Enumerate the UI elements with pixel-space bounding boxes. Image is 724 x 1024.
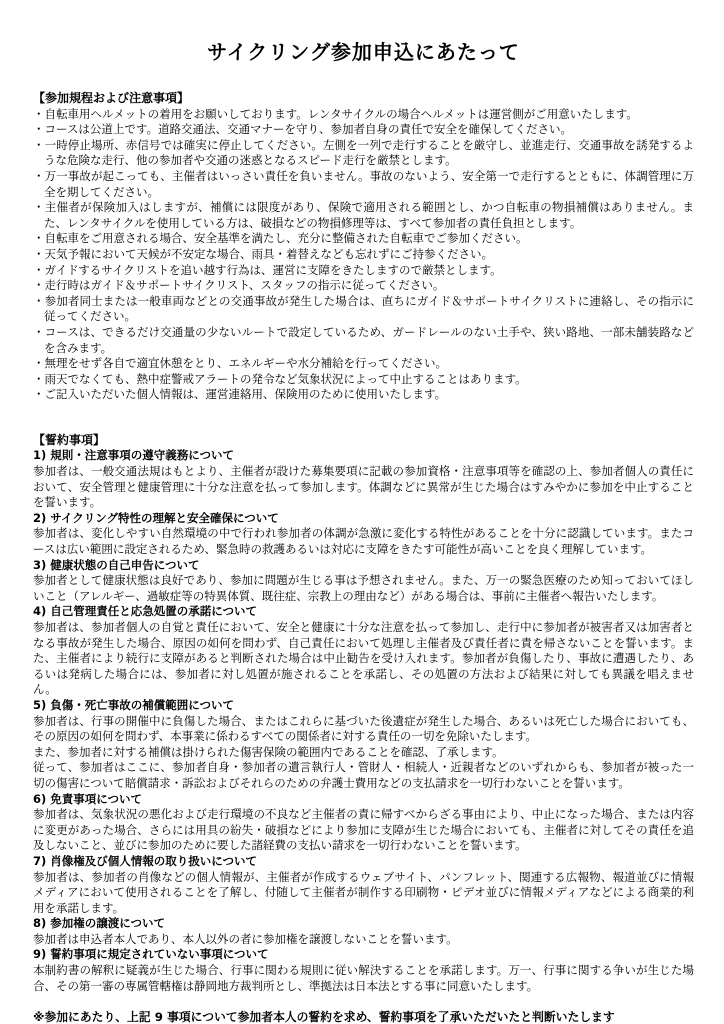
rule-item: コースは公道上です。道路交通法、交通マナーを守り、参加者自身の責任で安全を確保し… bbox=[33, 122, 694, 138]
pledge-item: 7) 肖像権及び個人情報の取り扱いについて 参加者は、参加者の肖像などの個人情報… bbox=[33, 854, 694, 916]
rule-item: 無理をせず各自で適宜休憩をとり、エネルギーや水分補給を行ってください。 bbox=[33, 356, 694, 372]
pledge-section-heading: 【誓約事項】 bbox=[33, 433, 694, 449]
pledge-item: 4) 自己管理責任と応急処置の承諾について 参加者は、参加者個人の自覚と責任にお… bbox=[33, 604, 694, 698]
pledge-item-body: 参加者は、一般交通法規はもとより、主催者が設けた募集要項に記載の参加資格・注意事… bbox=[33, 464, 694, 511]
pledge-item-body: 参加者は、気象状況の悪化および走行環境の不良など主催者の責に帰すべからざる事由に… bbox=[33, 807, 694, 854]
pledge-item-heading: 4) 自己管理責任と応急処置の承諾について bbox=[33, 604, 694, 620]
pledge-item: 5) 負傷・死亡事故の補償範囲について 参加者は、行事の開催中に負傷した場合、ま… bbox=[33, 698, 694, 792]
rule-item: 走行時はガイド＆サポートサイクリスト、スタッフの指示に従ってください。 bbox=[33, 278, 694, 294]
pledge-item-body: 参加者は、参加者の肖像などの個人情報が、主催者が作成するウェブサイト、パンフレッ… bbox=[33, 870, 694, 917]
rule-item: ご記入いただいた個人情報は、運営連絡用、保険用のために使用いたします。 bbox=[33, 387, 694, 403]
pledge-item-heading: 3) 健康状態の自己申告について bbox=[33, 558, 694, 574]
pledge-item-body: 参加者として健康状態は良好であり、参加に問題が生じる事は予想されません。また、万… bbox=[33, 573, 694, 604]
rules-list: 自転車用ヘルメットの着用をお願いしております。レンタサイクルの場合ヘルメットは運… bbox=[33, 107, 694, 403]
rule-item: コースは、できるだけ交通量の少ないルートで設定しているため、ガードレールのない土… bbox=[33, 325, 694, 356]
rule-item: 雨天でなくても、熱中症警戒アラートの発令など気象状況によって中止することはありま… bbox=[33, 372, 694, 388]
rule-item: ガイドするサイクリストを追い越す行為は、運営に支障をきたしますので厳禁とします。 bbox=[33, 263, 694, 279]
rule-item: 主催者が保険加入はしますが、補償には限度があり、保険で適用される範囲とし、かつ自… bbox=[33, 200, 694, 231]
pledge-item: 1) 規則・注意事項の遵守義務について 参加者は、一般交通法規はもとより、主催者… bbox=[33, 448, 694, 510]
pledge-item-body: 参加者は、行事の開催中に負傷した場合、またはこれらに基づいた後遺症が発生した場合… bbox=[33, 714, 694, 792]
rule-item: 天気予報において天候が不安定な場合、雨具・着替えなども忘れずにご持参ください。 bbox=[33, 247, 694, 263]
pledge-item-body: 本制約書の解釈に疑義が生じた場合、行事に関わる規則に従い解決することを承諾します… bbox=[33, 963, 694, 994]
pledge-item: 2) サイクリング特性の理解と安全確保について 参加者は、変化しやすい自然環境の… bbox=[33, 511, 694, 558]
pledge-item: 8) 参加権の譲渡について 参加者は申込者本人であり、本人以外の者に参加権を譲渡… bbox=[33, 916, 694, 947]
rules-section-heading: 【参加規程および注意事項】 bbox=[33, 91, 694, 107]
rule-item: 自転車をご用意される場合、安全基準を満たし、充分に整備された自転車でご参加くださ… bbox=[33, 231, 694, 247]
rule-item: 万一事故が起こっても、主催者はいっさい責任を負いません。事故のないよう、安全第一… bbox=[33, 169, 694, 200]
pledge-item-heading: 9) 誓約事項に規定されていない事項について bbox=[33, 947, 694, 963]
document-title: サイクリング参加申込にあたって bbox=[33, 36, 694, 65]
pledge-item-heading: 7) 肖像権及び個人情報の取り扱いについて bbox=[33, 854, 694, 870]
pledge-item-heading: 8) 参加権の譲渡について bbox=[33, 916, 694, 932]
pledge-item-heading: 5) 負傷・死亡事故の補償範囲について bbox=[33, 698, 694, 714]
document-page: サイクリング参加申込にあたって 【参加規程および注意事項】 自転車用ヘルメットの… bbox=[0, 0, 724, 1024]
pledge-item-body: 参加者は、参加者個人の自覚と責任において、安全と健康に十分な注意を払って参加し、… bbox=[33, 620, 694, 698]
rule-item: 一時停止場所、赤信号では確実に停止してください。左側を一列で走行することを厳守し… bbox=[33, 138, 694, 169]
pledge-item: 6) 免責事項について 参加者は、気象状況の悪化および走行環境の不良など主催者の… bbox=[33, 792, 694, 854]
pledge-item: 9) 誓約事項に規定されていない事項について 本制約書の解釈に疑義が生じた場合、… bbox=[33, 947, 694, 994]
pledge-item-heading: 2) サイクリング特性の理解と安全確保について bbox=[33, 511, 694, 527]
pledge-item-heading: 1) 規則・注意事項の遵守義務について bbox=[33, 448, 694, 464]
pledge-item-body: 参加者は、変化しやすい自然環境の中で行われ参加者の体調が急激に変化する特性がある… bbox=[33, 526, 694, 557]
pledge-footer-note: ※参加にあたり、上記 9 事項について参加者本人の誓約を求め、誓約事項を了承いた… bbox=[33, 1010, 694, 1024]
pledge-item-body: 参加者は申込者本人であり、本人以外の者に参加権を譲渡しないことを誓います。 bbox=[33, 932, 694, 948]
rule-item: 自転車用ヘルメットの着用をお願いしております。レンタサイクルの場合ヘルメットは運… bbox=[33, 107, 694, 123]
pledge-item: 3) 健康状態の自己申告について 参加者として健康状態は良好であり、参加に問題が… bbox=[33, 558, 694, 605]
rule-item: 参加者同士または一般車両などとの交通事故が発生した場合は、直ちにガイド＆サポート… bbox=[33, 294, 694, 325]
pledge-item-heading: 6) 免責事項について bbox=[33, 792, 694, 808]
